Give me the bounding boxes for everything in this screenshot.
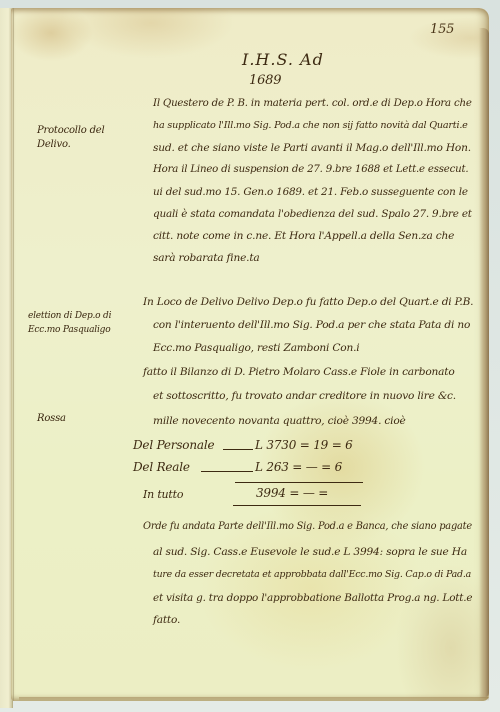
paragraph-1-line-7: citt. note come in c.ne. Et Hora l'Appel… (153, 229, 454, 243)
paragraph-3-line-5: fatto. (153, 613, 180, 627)
paragraph-2-line-3: Ecc.mo Pasqualigo, resti Zamboni Con.i (153, 341, 359, 355)
folio-number: 155 (430, 22, 454, 37)
sum-rule-top (235, 482, 363, 483)
leader-line (201, 471, 253, 472)
page-margin-line (13, 8, 14, 701)
sum-rule-bottom (233, 505, 361, 506)
paragraph-2-line-1: In Loco de Delivo Delivo Dep.o fu fatto … (143, 295, 473, 309)
margin-note-1-line2: Delivo. (37, 139, 71, 150)
paragraph-2-line-4: fatto il Bilanzo di D. Pietro Molaro Cas… (143, 365, 455, 379)
page-right-edge (479, 28, 489, 698)
paragraph-3-line-2: al sud. Sig. Cass.e Eusevole le sud.e L … (153, 545, 467, 559)
account-total-label: In tutto (143, 488, 183, 501)
account-amount-personale: L 3730 = 19 = 6 (255, 438, 353, 452)
page-heading: I.H.S. Ad (242, 50, 324, 69)
account-label-reale: Del Reale (133, 460, 190, 474)
paragraph-2-line-5: et sottoscritto, fu trovato andar credit… (153, 389, 456, 403)
paragraph-1-line-1: Il Questero de P. B. in materia pert. co… (153, 97, 472, 111)
margin-note-2-line1: elettion di Dep.o di (28, 311, 111, 321)
margin-note-1-line1: Protocollo del (37, 125, 105, 136)
paragraph-1-line-5: ui del sud.mo 15. Gen.o 1689. et 21. Feb… (153, 185, 468, 199)
page-year: 1689 (249, 73, 281, 88)
margin-note-3: Rossa (37, 413, 66, 424)
account-total-amount: 3994 = — = (256, 486, 328, 500)
paragraph-1-line-2: ha supplicato l'Ill.mo Sig. Pod.a che no… (153, 119, 468, 133)
paragraph-1-line-4: Hora il Lineo di suspension de 27. 9.bre… (153, 163, 468, 177)
paragraph-3-line-4: et visita g. tra doppo l'approbbatione B… (153, 591, 472, 605)
paragraph-3-line-1: Orde fu andata Parte dell'Ill.mo Sig. Po… (143, 520, 472, 534)
account-amount-reale: L 263 = — = 6 (255, 460, 342, 474)
account-label-personale: Del Personale (133, 438, 214, 452)
paragraph-2-line-6: mille novecento novanta quattro, cioè 39… (153, 414, 406, 428)
leader-line (223, 449, 253, 450)
paragraph-1-line-3: sud. et che siano viste le Parti avanti … (153, 141, 471, 155)
paragraph-1-line-8: sarà robarata fine.ta (153, 251, 260, 265)
paragraph-3-line-3: ture da esser decretata et approbbata da… (153, 568, 471, 582)
paragraph-1-line-6: quali è stata comandata l'obedienza del … (153, 207, 472, 221)
margin-note-2-line2: Ecc.mo Pasqualigo (28, 325, 110, 335)
page-bottom-edge (19, 697, 489, 701)
paragraph-2-line-2: con l'interuento dell'Ill.mo Sig. Pod.a … (153, 318, 470, 332)
manuscript-page: 155 I.H.S. Ad 1689 Protocollo del Delivo… (11, 8, 489, 701)
